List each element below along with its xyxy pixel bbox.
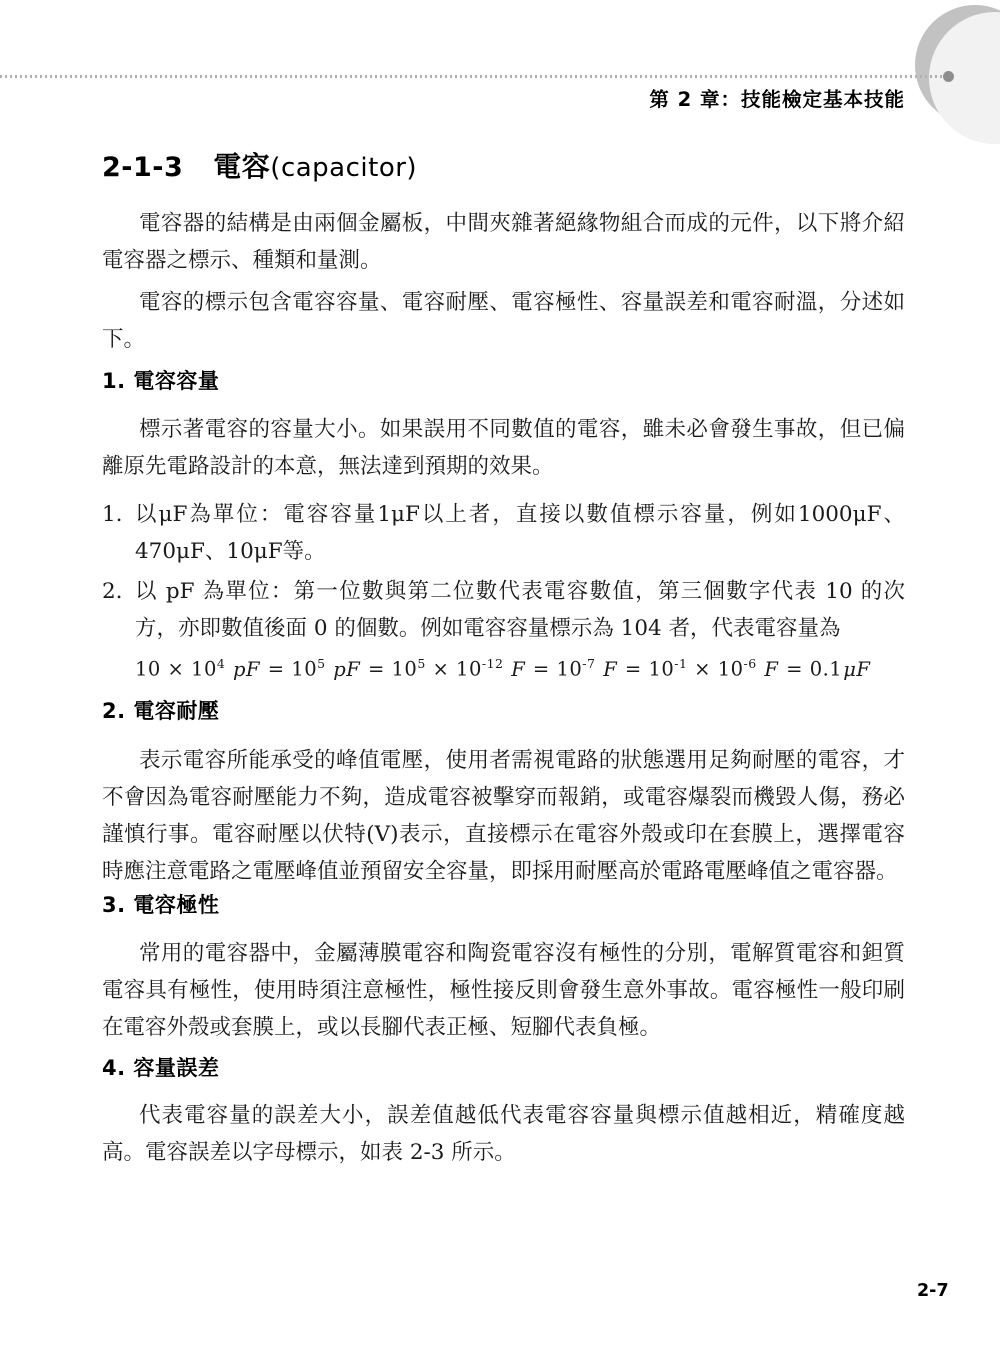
list-item-text: 以 pF 為單位：第一位數與第二位數代表電容數值，第三個數字代表 10 的次方，…	[135, 573, 905, 647]
paragraph-capacitance-value: 標示著電容的容量大小。如果誤用不同數值的電容，雖未必會發生事故，但已偏離原先電路…	[102, 411, 905, 485]
intro-paragraph-1: 電容器的結構是由兩個金屬板，中間夾雜著絕緣物組合而成的元件，以下將介紹電容器之標…	[102, 205, 905, 279]
heading-voltage-rating: 2. 電容耐壓	[102, 697, 905, 725]
list-item-body: 以μF為單位：電容容量1μF以上者，直接以數值標示容量，例如1000μF、470…	[135, 496, 905, 570]
list-item-body: 以 pF 為單位：第一位數與第二位數代表電容數值，第三個數字代表 10 的次方，…	[135, 573, 905, 685]
page-title: 2-1-3電容(capacitor)	[102, 148, 905, 187]
heading-capacitance-value: 1. 電容容量	[102, 367, 905, 395]
list-item-number: 2.	[102, 573, 135, 685]
list-item-text: 以μF為單位：電容容量1μF以上者，直接以數值標示容量，例如1000μF、470…	[135, 496, 905, 570]
paragraph-tolerance: 代表電容量的誤差大小，誤差值越低代表電容容量與標示值越相近，精確度越高。電容誤差…	[102, 1097, 905, 1171]
heading-tolerance: 4. 容量誤差	[102, 1054, 905, 1082]
list-item-pf-unit: 2. 以 pF 為單位：第一位數與第二位數代表電容數值，第三個數字代表 10 的…	[102, 573, 905, 685]
title-chinese: 電容	[213, 150, 270, 183]
heading-polarity: 3. 電容極性	[102, 891, 905, 919]
section-number: 2-1-3	[102, 152, 183, 183]
capacitance-conversion-formula: 10 × 104 pF = 105 pF = 105 × 10-12 F = 1…	[135, 649, 905, 685]
book-page: 第 2 章：技能檢定基本技能 2-1-3電容(capacitor) 電容器的結構…	[0, 0, 1000, 1356]
paragraph-polarity: 常用的電容器中，金屬薄膜電容和陶瓷電容沒有極性的分別，電解質電容和鉭質電容具有極…	[102, 935, 905, 1046]
list-item-number: 1.	[102, 496, 135, 570]
page-number: 2-7	[917, 1281, 949, 1301]
title-english: (capacitor)	[270, 153, 417, 183]
header-rule-end-dot	[943, 71, 954, 82]
intro-paragraph-2: 電容的標示包含電容容量、電容耐壓、電容極性、容量誤差和電容耐溫，分述如下。	[102, 284, 905, 358]
list-item-uf-unit: 1. 以μF為單位：電容容量1μF以上者，直接以數值標示容量，例如1000μF、…	[102, 496, 905, 570]
page-content: 2-1-3電容(capacitor) 電容器的結構是由兩個金屬板，中間夾雜著絕緣…	[102, 0, 905, 1171]
paragraph-voltage-rating: 表示電容所能承受的峰值電壓，使用者需視電路的狀態選用足夠耐壓的電容，才不會因為電…	[102, 742, 905, 890]
